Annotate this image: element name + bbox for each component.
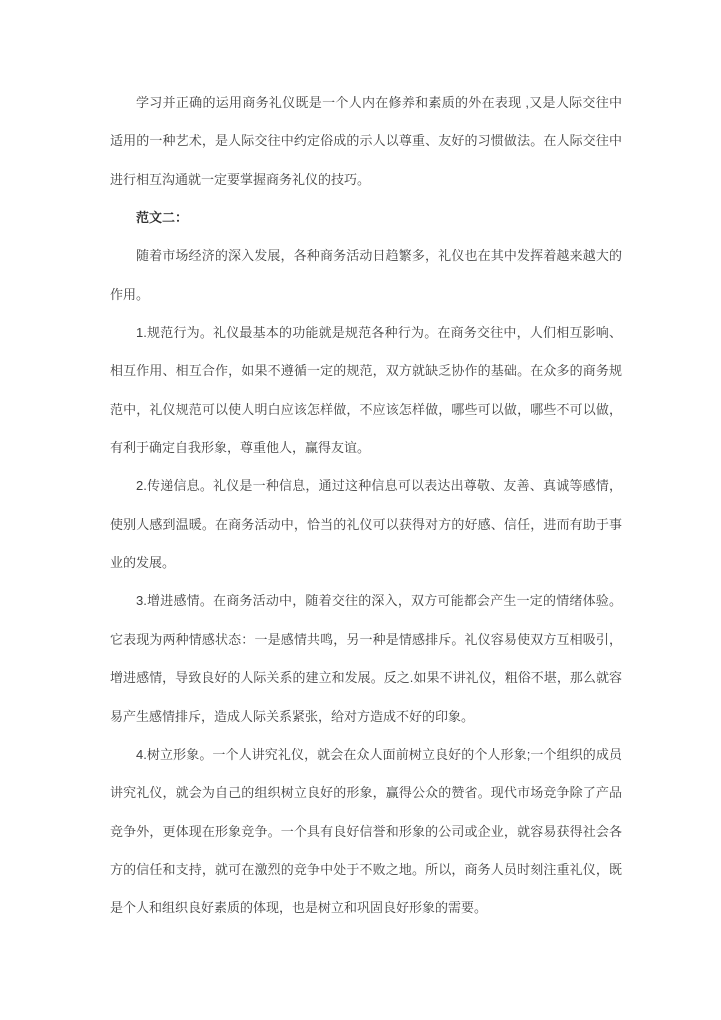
paragraph-point-2-convey-information: 2.传递信息。礼仪是一种信息，通过这种信息可以表达出尊敬、友善、真诚等感情，使别… [110,467,622,582]
paragraph-point-4-establish-image: 4.树立形象。一个人讲究礼仪，就会在众人面前树立良好的个人形象;一个组织的成员讲… [110,736,622,928]
paragraph-intro-conclusion: 学习并正确的运用商务礼仪既是一个人内在修养和素质的外在表现 ,又是人际交往中适用… [110,84,622,199]
section-heading-fanwen-2: 范文二： [110,199,622,237]
paragraph-point-1-regulate-behavior: 1.规范行为。礼仪最基本的功能就是规范各种行为。在商务交往中，人们相互影响、相互… [110,314,622,467]
paragraph-point-3-enhance-feelings: 3.增进感情。在商务活动中，随着交往的深入，双方可能都会产生一定的情绪体验。它表… [110,582,622,735]
document-page: 学习并正确的运用商务礼仪既是一个人内在修养和素质的外在表现 ,又是人际交往中适用… [0,0,721,1020]
paragraph-market-economy: 随着市场经济的深入发展，各种商务活动日趋繁多，礼仪也在其中发挥着越来越大的作用。 [110,237,622,314]
